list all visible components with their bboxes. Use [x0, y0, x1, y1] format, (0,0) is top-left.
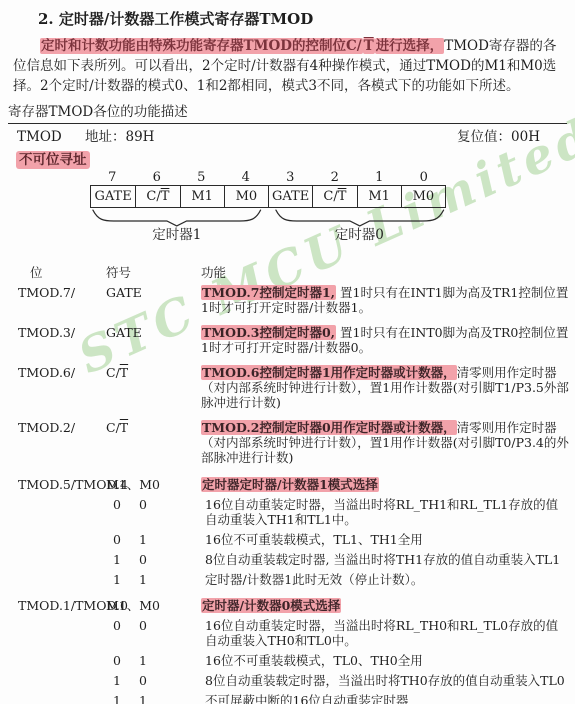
m0-value: 1 [130, 693, 156, 704]
register-cell-row: GATE C/T M1 M0 GATE C/T M1 M0 [90, 185, 446, 208]
mode-row-t1-10: 1 0 8位自动重装载定时器, 当溢出时将TH1存放的值自动重装入TL1 [0, 552, 575, 567]
mode-row-t1-00: 0 0 16位自动重装定时器，当溢出时将RL_TH1和RL_TL1存放的值自动重… [0, 497, 575, 527]
register-name: TMOD [17, 129, 85, 146]
symbol-label: C/T [106, 420, 201, 465]
header-bit: 位 [18, 265, 106, 280]
function-text: TMOD.6控制定时器1用作定时器或计数器，清零则用作定时器（对内部系统时钟进行… [201, 365, 575, 410]
bit-label: TMOD.2/ [18, 420, 106, 465]
m1-value: 1 [104, 552, 130, 567]
bit-number: 7 [90, 171, 135, 185]
bit-number: 0 [402, 171, 447, 185]
timer1-label: 定时器1 [90, 227, 264, 243]
page-title: 2. 定时器/计数器工作模式寄存器TMOD [38, 10, 575, 28]
register-cell: GATE [268, 186, 312, 207]
m0-value: 0 [130, 552, 156, 567]
bit-addressable-note: 不可位寻址 [16, 151, 90, 169]
timer0-label: 定时器0 [273, 227, 447, 243]
table-row-tmod6: TMOD.6/ C/T TMOD.6控制定时器1用作定时器或计数器，清零则用作定… [0, 365, 575, 410]
function-text: 定时器定时器/计数器1模式选择 [201, 477, 575, 492]
mode-description: 16位不可重装载模式，TL1、TH1全用 [156, 532, 575, 547]
bit-addressable-wrap: 不可位寻址 [16, 151, 575, 169]
register-header-line: TMOD 地址：89H 复位值：00H [17, 129, 540, 146]
m0-value: 1 [130, 653, 156, 668]
symbol-label: GATE [106, 285, 201, 315]
symbol-label: M1、M0 [106, 477, 201, 492]
m1-value: 1 [104, 673, 130, 688]
bit-label: TMOD.1/TMOD.0 [18, 598, 106, 613]
register-cell: M0 [224, 186, 268, 207]
m1-value: 0 [104, 532, 130, 547]
mode-description: 定时器/计数器1此时无效（停止计数）。 [156, 572, 575, 587]
register-bit-diagram: 7 6 5 4 3 2 1 0 GATE C/T M1 M0 GATE C/T … [90, 171, 446, 243]
register-reset-value: 复位值：00H [457, 129, 540, 146]
function-table-header: 位 符号 功能 [0, 265, 575, 280]
m1-value: 1 [104, 572, 130, 587]
header-symbol: 符号 [106, 265, 201, 280]
m1-value: 1 [104, 693, 130, 704]
m0-value: 1 [130, 572, 156, 587]
m0-value: 1 [130, 532, 156, 547]
bit-label: TMOD.7/ [18, 285, 106, 315]
document-page: STC MCU Limited 2. 定时器/计数器工作模式寄存器TMOD 定时… [0, 0, 575, 704]
register-cell: M1 [357, 186, 401, 207]
register-cell: M0 [401, 186, 445, 207]
mode-description: 16位不可重装载模式，TL0、TH0全用 [156, 653, 575, 668]
symbol-label: M1、M0 [106, 598, 201, 613]
function-text: 定时器/计数器0模式选择 [201, 598, 575, 613]
header-func: 功能 [201, 265, 575, 280]
brace-row [90, 209, 446, 227]
table-row-tmod1-0: TMOD.1/TMOD.0 M1、M0 定时器/计数器0模式选择 [0, 598, 575, 613]
mode-row-t0-01: 0 1 16位不可重装载模式，TL0、TH0全用 [0, 653, 575, 668]
bit-number-row: 7 6 5 4 3 2 1 0 [90, 171, 446, 185]
function-text: TMOD.2控制定时器0用作定时器或计数器，清零则用作定时器（对内部系统时钟进行… [201, 420, 575, 465]
m1-value: 0 [104, 618, 130, 648]
bit-label: TMOD.3/ [18, 325, 106, 355]
table-row-tmod3: TMOD.3/ GATE TMOD.3控制定时器0, 置1时只有在INT0脚为高… [0, 325, 575, 355]
table-row-tmod7: TMOD.7/ GATE TMOD.7控制定时器1, 置1时只有在INT1脚为高… [0, 285, 575, 315]
mode-description: 16位自动重装定时器，当溢出时将RL_TH0和RL_TL0存放的值自动重装入TH… [156, 618, 575, 648]
table-caption: 寄存器TMOD各位的功能描述 [8, 104, 567, 124]
mode-row-t0-10: 1 0 8位自动重装载定时器，当溢出时将TH0存放的值自动重装入TL0 [0, 673, 575, 688]
mode-row-t1-11: 1 1 定时器/计数器1此时无效（停止计数）。 [0, 572, 575, 587]
table-row-tmod5-4: TMOD.5/TMOD.4 M1、M0 定时器定时器/计数器1模式选择 [0, 477, 575, 492]
mode-row-t0-11: 1 1 不可屏蔽中断的16位自动重装定时器 [0, 693, 575, 704]
function-text: TMOD.7控制定时器1, 置1时只有在INT1脚为高及TR1控制位置1时才可打… [201, 285, 575, 315]
mode-row-t0-00: 0 0 16位自动重装定时器，当溢出时将RL_TH0和RL_TL0存放的值自动重… [0, 618, 575, 648]
m0-value: 0 [130, 673, 156, 688]
function-table: 位 符号 功能 TMOD.7/ GATE TMOD.7控制定时器1, 置1时只有… [0, 265, 575, 704]
mode-description: 8位自动重装载定时器, 当溢出时将TH1存放的值自动重装入TL1 [156, 552, 575, 567]
register-cell: GATE [91, 186, 135, 207]
bit-number: 4 [224, 171, 269, 185]
bit-number: 3 [268, 171, 313, 185]
register-cell: C/T [312, 186, 356, 207]
symbol-label: C/T [106, 365, 201, 410]
mode-description: 8位自动重装载定时器，当溢出时将TH0存放的值自动重装入TL0 [156, 673, 575, 688]
register-cell: C/T [135, 186, 179, 207]
mode-description: 16位自动重装定时器，当溢出时将RL_TH1和RL_TL1存放的值自动重装入TH… [156, 497, 575, 527]
m0-value: 0 [130, 618, 156, 648]
m1-value: 0 [104, 497, 130, 527]
symbol-label: GATE [106, 325, 201, 355]
bit-number: 6 [135, 171, 180, 185]
bit-label: TMOD.5/TMOD.4 [18, 477, 106, 492]
brace-timer1-icon [90, 209, 264, 227]
intro-paragraph: 定时和计数功能由特殊功能寄存器TMOD的控制位C/T进行选择，TMOD寄存器的各… [13, 36, 565, 96]
mode-description: 不可屏蔽中断的16位自动重装定时器 [156, 693, 575, 704]
register-cell: M1 [180, 186, 224, 207]
function-text: TMOD.3控制定时器0, 置1时只有在INT0脚为高及TR0控制位置1时才可打… [201, 325, 575, 355]
mode-row-t1-01: 0 1 16位不可重装载模式，TL1、TH1全用 [0, 532, 575, 547]
brace-timer0-icon [273, 209, 447, 227]
brace-labels: 定时器1 定时器0 [90, 227, 446, 243]
table-row-tmod2: TMOD.2/ C/T TMOD.2控制定时器0用作定时器或计数器，清零则用作定… [0, 420, 575, 465]
register-address: 地址：89H [85, 129, 457, 146]
m0-value: 0 [130, 497, 156, 527]
bit-label: TMOD.6/ [18, 365, 106, 410]
m1-value: 0 [104, 653, 130, 668]
bit-number: 5 [179, 171, 224, 185]
bit-number: 2 [313, 171, 358, 185]
bit-number: 1 [357, 171, 402, 185]
